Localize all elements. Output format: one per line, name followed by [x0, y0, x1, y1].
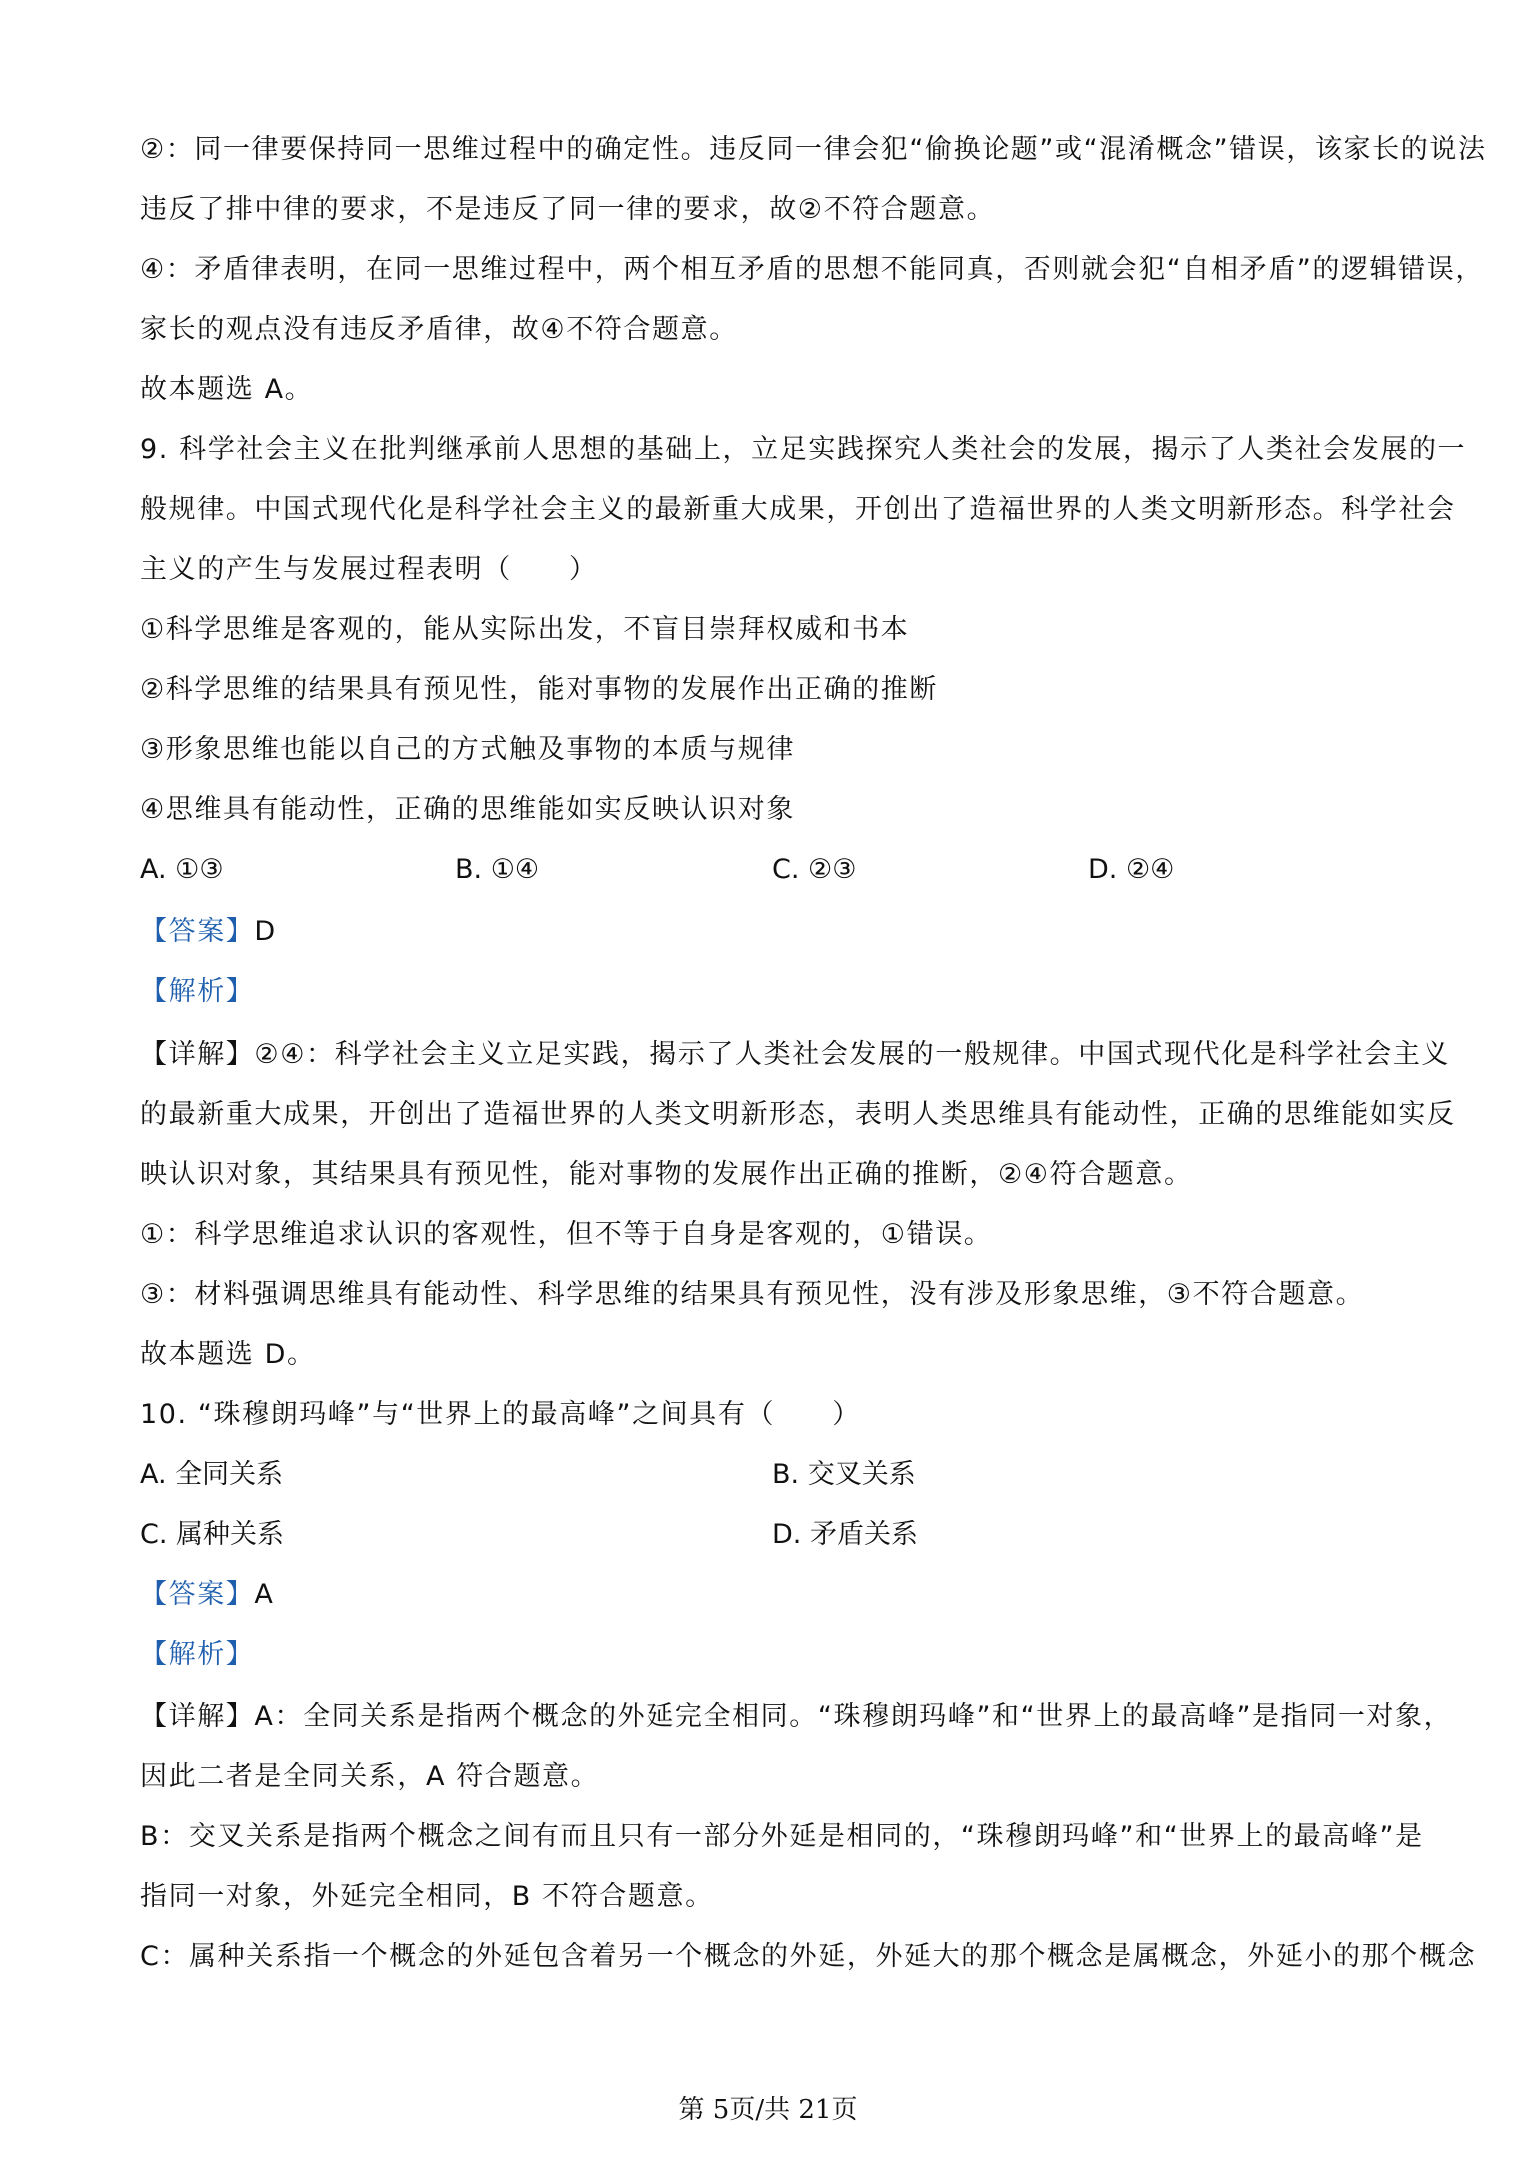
- q10-detail-line: C：属种关系指一个概念的外延包含着另一个概念的外延，外延大的那个概念是属概念，外…: [140, 1937, 1402, 1977]
- q9-stem-line: 主义的产生与发展过程表明（ ）: [140, 550, 1402, 590]
- q10-detail-line: 指同一对象，外延完全相同，B 不符合题意。: [140, 1877, 1402, 1917]
- q9-option-a: A. ①③: [140, 850, 224, 890]
- q9-statement: ④思维具有能动性，正确的思维能如实反映认识对象: [140, 790, 1402, 830]
- q9-option-c: C. ②③: [772, 850, 856, 890]
- answer-label: 【答案】: [140, 916, 254, 947]
- q9-statement: ①科学思维是客观的，能从实际出发，不盲目崇拜权威和书本: [140, 610, 1402, 650]
- q10-answer: 【答案】A: [140, 1575, 1402, 1615]
- q9-detail-line: ③：材料强调思维具有能动性、科学思维的结果具有预见性，没有涉及形象思维，③不符合…: [140, 1275, 1402, 1315]
- q9-answer: 【答案】D: [140, 912, 1402, 952]
- detail-label: 【详解】: [140, 1039, 254, 1070]
- detail-label: 【详解】: [140, 1701, 254, 1732]
- analysis-label: 【解析】: [140, 1639, 254, 1670]
- q9-detail-line: 的最新重大成果，开创出了造福世界的人类文明新形态，表明人类思维具有能动性，正确的…: [140, 1095, 1402, 1135]
- document-page: ②：同一律要保持同一思维过程中的确定性。违反同一律会犯“偷换论题”或“混淆概念”…: [0, 0, 1536, 2172]
- q9-statement: ②科学思维的结果具有预见性，能对事物的发展作出正确的推断: [140, 670, 1402, 710]
- answer-label: 【答案】: [140, 1579, 254, 1610]
- q10-option-a: A. 全同关系: [140, 1455, 283, 1495]
- q9-option-b: B. ①④: [455, 850, 539, 890]
- text-line: ④：矛盾律表明，在同一思维过程中，两个相互矛盾的思想不能同真，否则就会犯“自相矛…: [140, 250, 1402, 290]
- detail-text: A：全同关系是指两个概念的外延完全相同。“珠穆朗玛峰”和“世界上的最高峰”是指同…: [254, 1701, 1452, 1732]
- text-line: 违反了排中律的要求，不是违反了同一律的要求，故②不符合题意。: [140, 190, 1402, 230]
- q9-option-d: D. ②④: [1088, 850, 1174, 890]
- q9-stem-line: 9. 科学社会主义在批判继承前人思想的基础上，立足实践探究人类社会的发展，揭示了…: [140, 430, 1402, 470]
- q10-detail-line: B：交叉关系是指两个概念之间有而且只有一部分外延是相同的，“珠穆朗玛峰”和“世界…: [140, 1817, 1402, 1857]
- text-line: 家长的观点没有违反矛盾律，故④不符合题意。: [140, 310, 1402, 350]
- answer-value: A: [254, 1579, 274, 1610]
- q10-analysis-heading: 【解析】: [140, 1635, 1402, 1675]
- q9-statement: ③形象思维也能以自己的方式触及事物的本质与规律: [140, 730, 1402, 770]
- q10-option-d: D. 矛盾关系: [772, 1515, 918, 1555]
- analysis-label: 【解析】: [140, 976, 254, 1007]
- q9-detail-line: 映认识对象，其结果具有预见性，能对事物的发展作出正确的推断，②④符合题意。: [140, 1155, 1402, 1195]
- answer-value: D: [254, 916, 276, 947]
- q9-analysis-heading: 【解析】: [140, 972, 1402, 1012]
- q10-detail-line: 因此二者是全同关系，A 符合题意。: [140, 1757, 1402, 1797]
- q10-stem: 10. “珠穆朗玛峰”与“世界上的最高峰”之间具有（ ）: [140, 1395, 1402, 1435]
- q9-detail-line: 【详解】②④：科学社会主义立足实践，揭示了人类社会发展的一般规律。中国式现代化是…: [140, 1035, 1402, 1075]
- q10-option-b: B. 交叉关系: [772, 1455, 916, 1495]
- q10-option-c: C. 属种关系: [140, 1515, 284, 1555]
- q9-conclusion: 故本题选 D。: [140, 1335, 1402, 1375]
- q9-detail-line: ①：科学思维追求认识的客观性，但不等于自身是客观的，①错误。: [140, 1215, 1402, 1255]
- page-indicator: 第 5页/共 21页: [0, 2092, 1536, 2128]
- q9-stem-line: 般规律。中国式现代化是科学社会主义的最新重大成果，开创出了造福世界的人类文明新形…: [140, 490, 1402, 530]
- detail-text: ②④：科学社会主义立足实践，揭示了人类社会发展的一般规律。中国式现代化是科学社会…: [254, 1039, 1450, 1070]
- q10-detail-line: 【详解】A：全同关系是指两个概念的外延完全相同。“珠穆朗玛峰”和“世界上的最高峰…: [140, 1697, 1402, 1737]
- conclusion-line: 故本题选 A。: [140, 370, 1402, 410]
- text-line: ②：同一律要保持同一思维过程中的确定性。违反同一律会犯“偷换论题”或“混淆概念”…: [140, 130, 1402, 170]
